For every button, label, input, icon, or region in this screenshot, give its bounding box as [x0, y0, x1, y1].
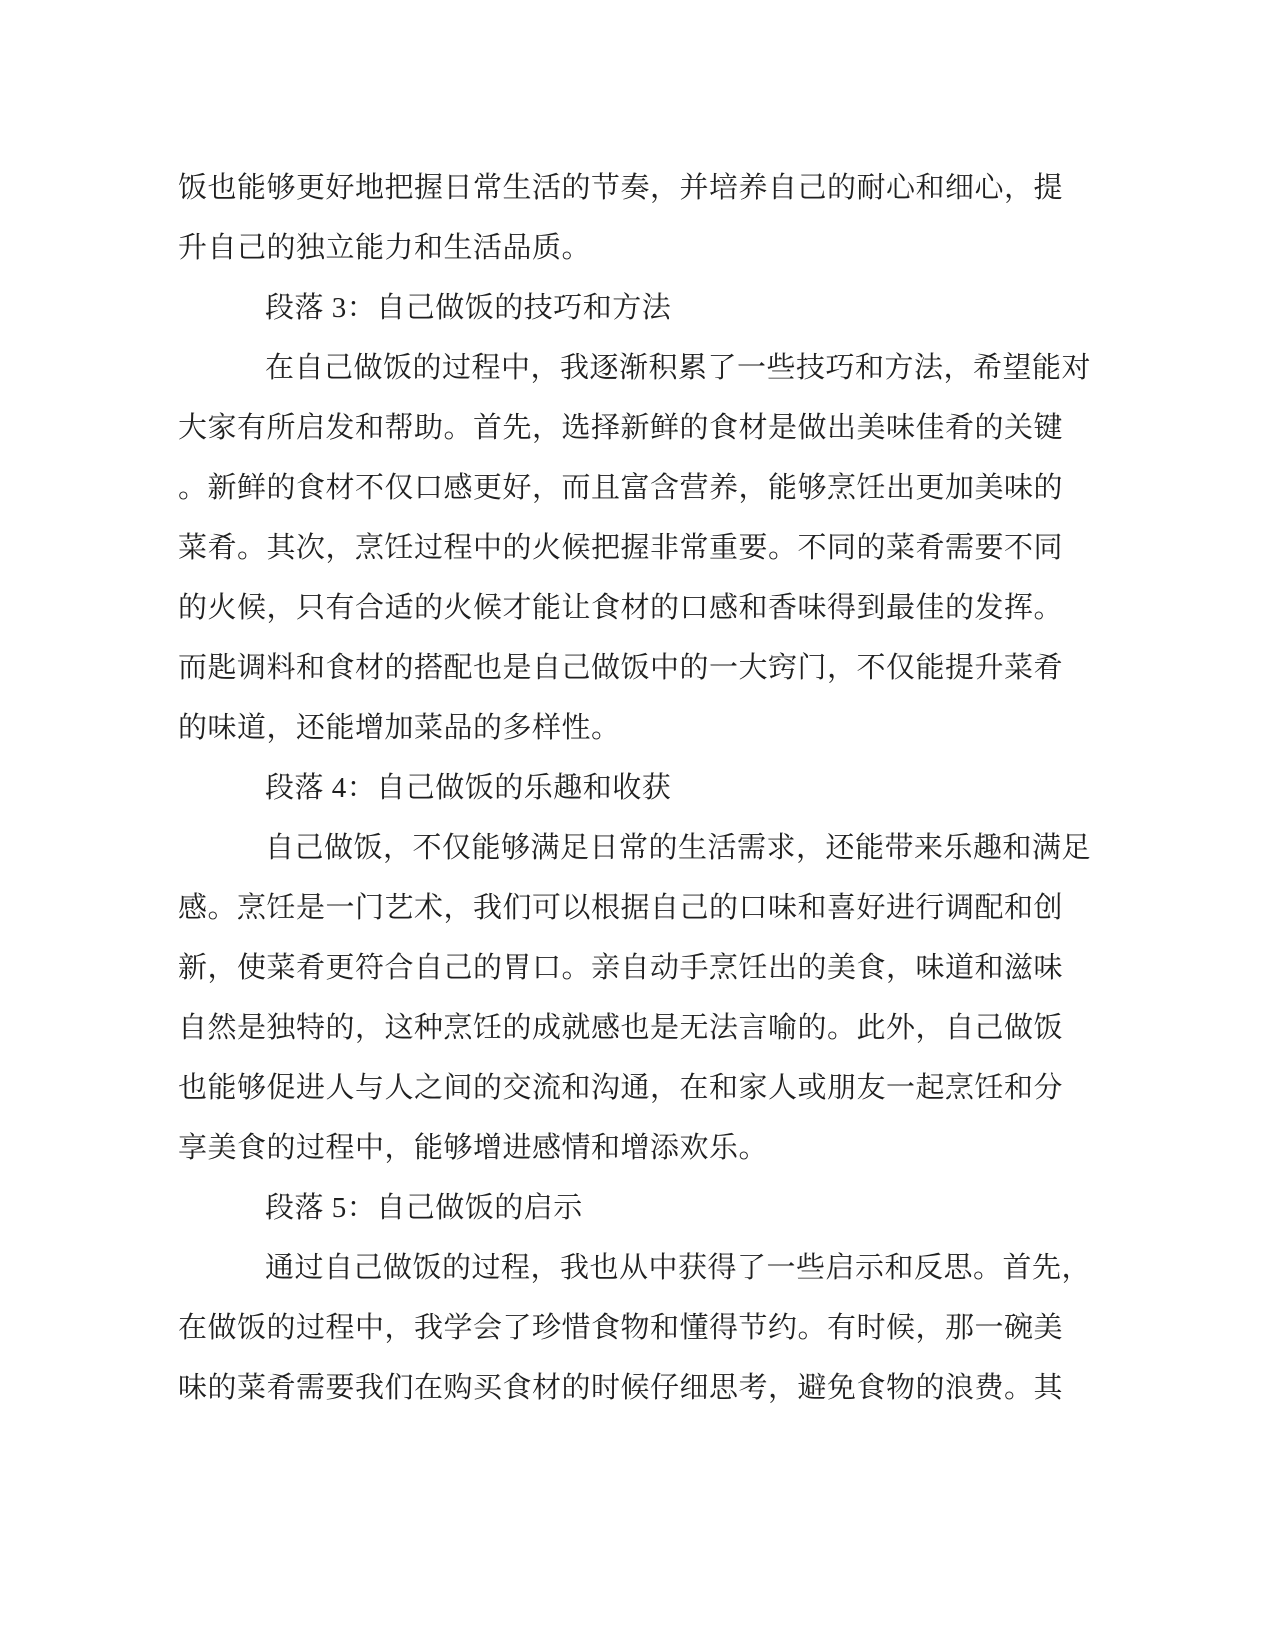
text-line: 。新鲜的食材不仅口感更好，而且富含营养，能够烹饪出更加美味的	[178, 455, 1078, 515]
paragraph-heading: 段落 5：自己做饭的启示	[178, 1175, 1078, 1235]
paragraph-heading: 段落 3：自己做饭的技巧和方法	[178, 275, 1078, 335]
text-line: 在自己做饭的过程中，我逐渐积累了一些技巧和方法，希望能对	[178, 335, 1078, 395]
text-line: 的味道，还能增加菜品的多样性。	[178, 695, 1078, 755]
text-line: 享美食的过程中，能够增进感情和增添欢乐。	[178, 1115, 1078, 1175]
text-line: 菜肴。其次，烹饪过程中的火候把握非常重要。不同的菜肴需要不同	[178, 515, 1078, 575]
text-line: 大家有所启发和帮助。首先，选择新鲜的食材是做出美味佳肴的关键	[178, 395, 1078, 455]
text-line: 也能够促进人与人之间的交流和沟通，在和家人或朋友一起烹饪和分	[178, 1055, 1078, 1115]
text-line: 而匙调料和食材的搭配也是自己做饭中的一大窍门，不仅能提升菜肴	[178, 635, 1078, 695]
text-line: 在做饭的过程中，我学会了珍惜食物和懂得节约。有时候，那一碗美	[178, 1295, 1078, 1355]
paragraph-heading: 段落 4：自己做饭的乐趣和收获	[178, 755, 1078, 815]
text-line: 的火候，只有合适的火候才能让食材的口感和香味得到最佳的发挥。	[178, 575, 1078, 635]
text-line: 自然是独特的，这种烹饪的成就感也是无法言喻的。此外，自己做饭	[178, 995, 1078, 1055]
text-line: 新，使菜肴更符合自己的胃口。亲自动手烹饪出的美食，味道和滋味	[178, 935, 1078, 995]
text-line: 通过自己做饭的过程，我也从中获得了一些启示和反思。首先，	[178, 1235, 1078, 1295]
text-line: 饭也能够更好地把握日常生活的节奏，并培养自己的耐心和细心，提	[178, 155, 1078, 215]
document-page: 饭也能够更好地把握日常生活的节奏，并培养自己的耐心和细心，提 升自己的独立能力和…	[0, 0, 1275, 1650]
text-line: 升自己的独立能力和生活品质。	[178, 215, 1078, 275]
text-line: 感。烹饪是一门艺术，我们可以根据自己的口味和喜好进行调配和创	[178, 875, 1078, 935]
text-line: 味的菜肴需要我们在购买食材的时候仔细思考，避免食物的浪费。其	[178, 1355, 1078, 1415]
text-line: 自己做饭，不仅能够满足日常的生活需求，还能带来乐趣和满足	[178, 815, 1078, 875]
document-text-block: 饭也能够更好地把握日常生活的节奏，并培养自己的耐心和细心，提 升自己的独立能力和…	[178, 155, 1078, 1415]
